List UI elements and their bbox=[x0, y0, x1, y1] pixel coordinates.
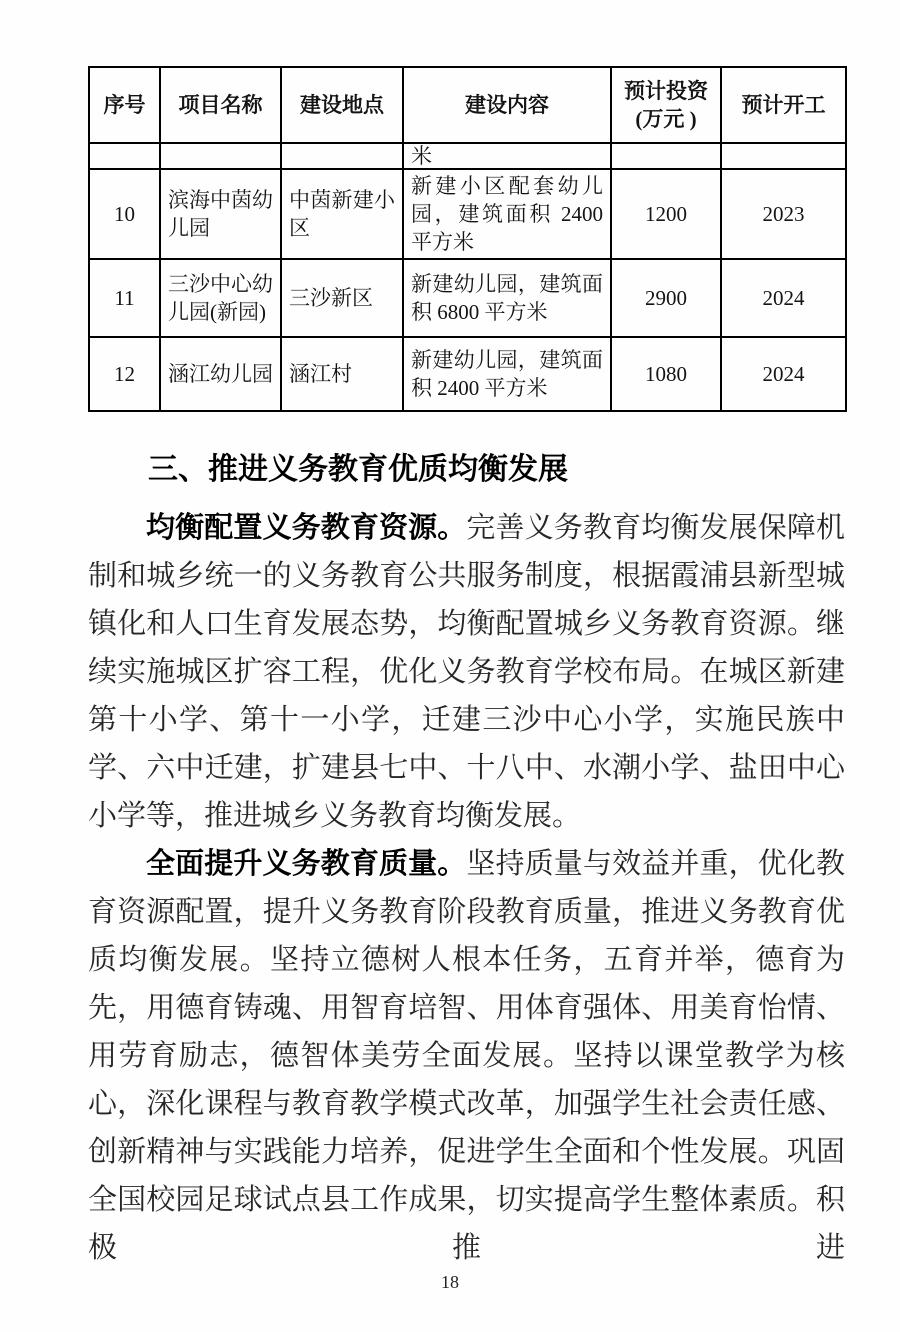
body-content: 三、推进义务教育优质均衡发展 均衡配置义务教育资源。完善义务教育均衡发展保障机制… bbox=[88, 446, 845, 1272]
cell-start: 2023 bbox=[721, 169, 846, 259]
cell-no: 12 bbox=[89, 337, 160, 411]
cell-start bbox=[721, 143, 846, 169]
header-name: 项目名称 bbox=[160, 67, 281, 143]
table-row-10: 10 滨海中茵幼儿园 中茵新建小区 新建小区配套幼儿园，建筑面积 2400 平方… bbox=[89, 169, 846, 259]
cell-start: 2024 bbox=[721, 259, 846, 337]
cell-no: 11 bbox=[89, 259, 160, 337]
cell-content: 新建小区配套幼儿园，建筑面积 2400 平方米 bbox=[403, 169, 611, 259]
table-row-carryover: 米 bbox=[89, 143, 846, 169]
table-row-11: 11 三沙中心幼儿园(新园) 三沙新区 新建幼儿园，建筑面积 6800 平方米 … bbox=[89, 259, 846, 337]
cell-name bbox=[160, 143, 281, 169]
paragraph-lead: 均衡配置义务教育资源。 bbox=[146, 512, 466, 544]
cell-no bbox=[89, 143, 160, 169]
cell-investment: 2900 bbox=[611, 259, 721, 337]
cell-start: 2024 bbox=[721, 337, 846, 411]
header-no: 序号 bbox=[89, 67, 160, 143]
paragraph-balanced-resources: 均衡配置义务教育资源。完善义务教育均衡发展保障机制和城乡统一的义务教育公共服务制… bbox=[88, 504, 845, 840]
header-content: 建设内容 bbox=[403, 67, 611, 143]
table-header-row: 序号 项目名称 建设地点 建设内容 预计投资 (万元 ) 预计开工 bbox=[89, 67, 846, 143]
cell-location bbox=[281, 143, 403, 169]
cell-content: 新建幼儿园，建筑面积 6800 平方米 bbox=[403, 259, 611, 337]
cell-location: 中茵新建小区 bbox=[281, 169, 403, 259]
cell-name: 滨海中茵幼儿园 bbox=[160, 169, 281, 259]
paragraph-text: 完善义务教育均衡发展保障机制和城乡统一的义务教育公共服务制度，根据霞浦县新型城镇… bbox=[88, 512, 845, 832]
page-number: 18 bbox=[0, 1272, 900, 1293]
header-start: 预计开工 bbox=[721, 67, 846, 143]
cell-investment bbox=[611, 143, 721, 169]
paragraph-lead: 全面提升义务教育质量。 bbox=[146, 848, 466, 880]
cell-investment: 1200 bbox=[611, 169, 721, 259]
cell-location: 三沙新区 bbox=[281, 259, 403, 337]
header-investment: 预计投资 (万元 ) bbox=[611, 67, 721, 143]
cell-content: 米 bbox=[403, 143, 611, 169]
section-heading: 三、推进义务教育优质均衡发展 bbox=[88, 446, 845, 494]
project-table: 序号 项目名称 建设地点 建设内容 预计投资 (万元 ) 预计开工 米 10 滨… bbox=[88, 66, 847, 412]
cell-investment: 1080 bbox=[611, 337, 721, 411]
header-location: 建设地点 bbox=[281, 67, 403, 143]
cell-no: 10 bbox=[89, 169, 160, 259]
paragraph-text: 坚持质量与效益并重，优化教育资源配置，提升义务教育阶段教育质量，推进义务教育优质… bbox=[88, 848, 845, 1264]
table-row-12: 12 涵江幼儿园 涵江村 新建幼儿园，建筑面积 2400 平方米 1080 20… bbox=[89, 337, 846, 411]
cell-location: 涵江村 bbox=[281, 337, 403, 411]
cell-content: 新建幼儿园，建筑面积 2400 平方米 bbox=[403, 337, 611, 411]
paragraph-quality-improvement: 全面提升义务教育质量。坚持质量与效益并重，优化教育资源配置，提升义务教育阶段教育… bbox=[88, 840, 845, 1272]
document-page: 序号 项目名称 建设地点 建设内容 预计投资 (万元 ) 预计开工 米 10 滨… bbox=[0, 0, 900, 1332]
cell-name: 涵江幼儿园 bbox=[160, 337, 281, 411]
cell-name: 三沙中心幼儿园(新园) bbox=[160, 259, 281, 337]
